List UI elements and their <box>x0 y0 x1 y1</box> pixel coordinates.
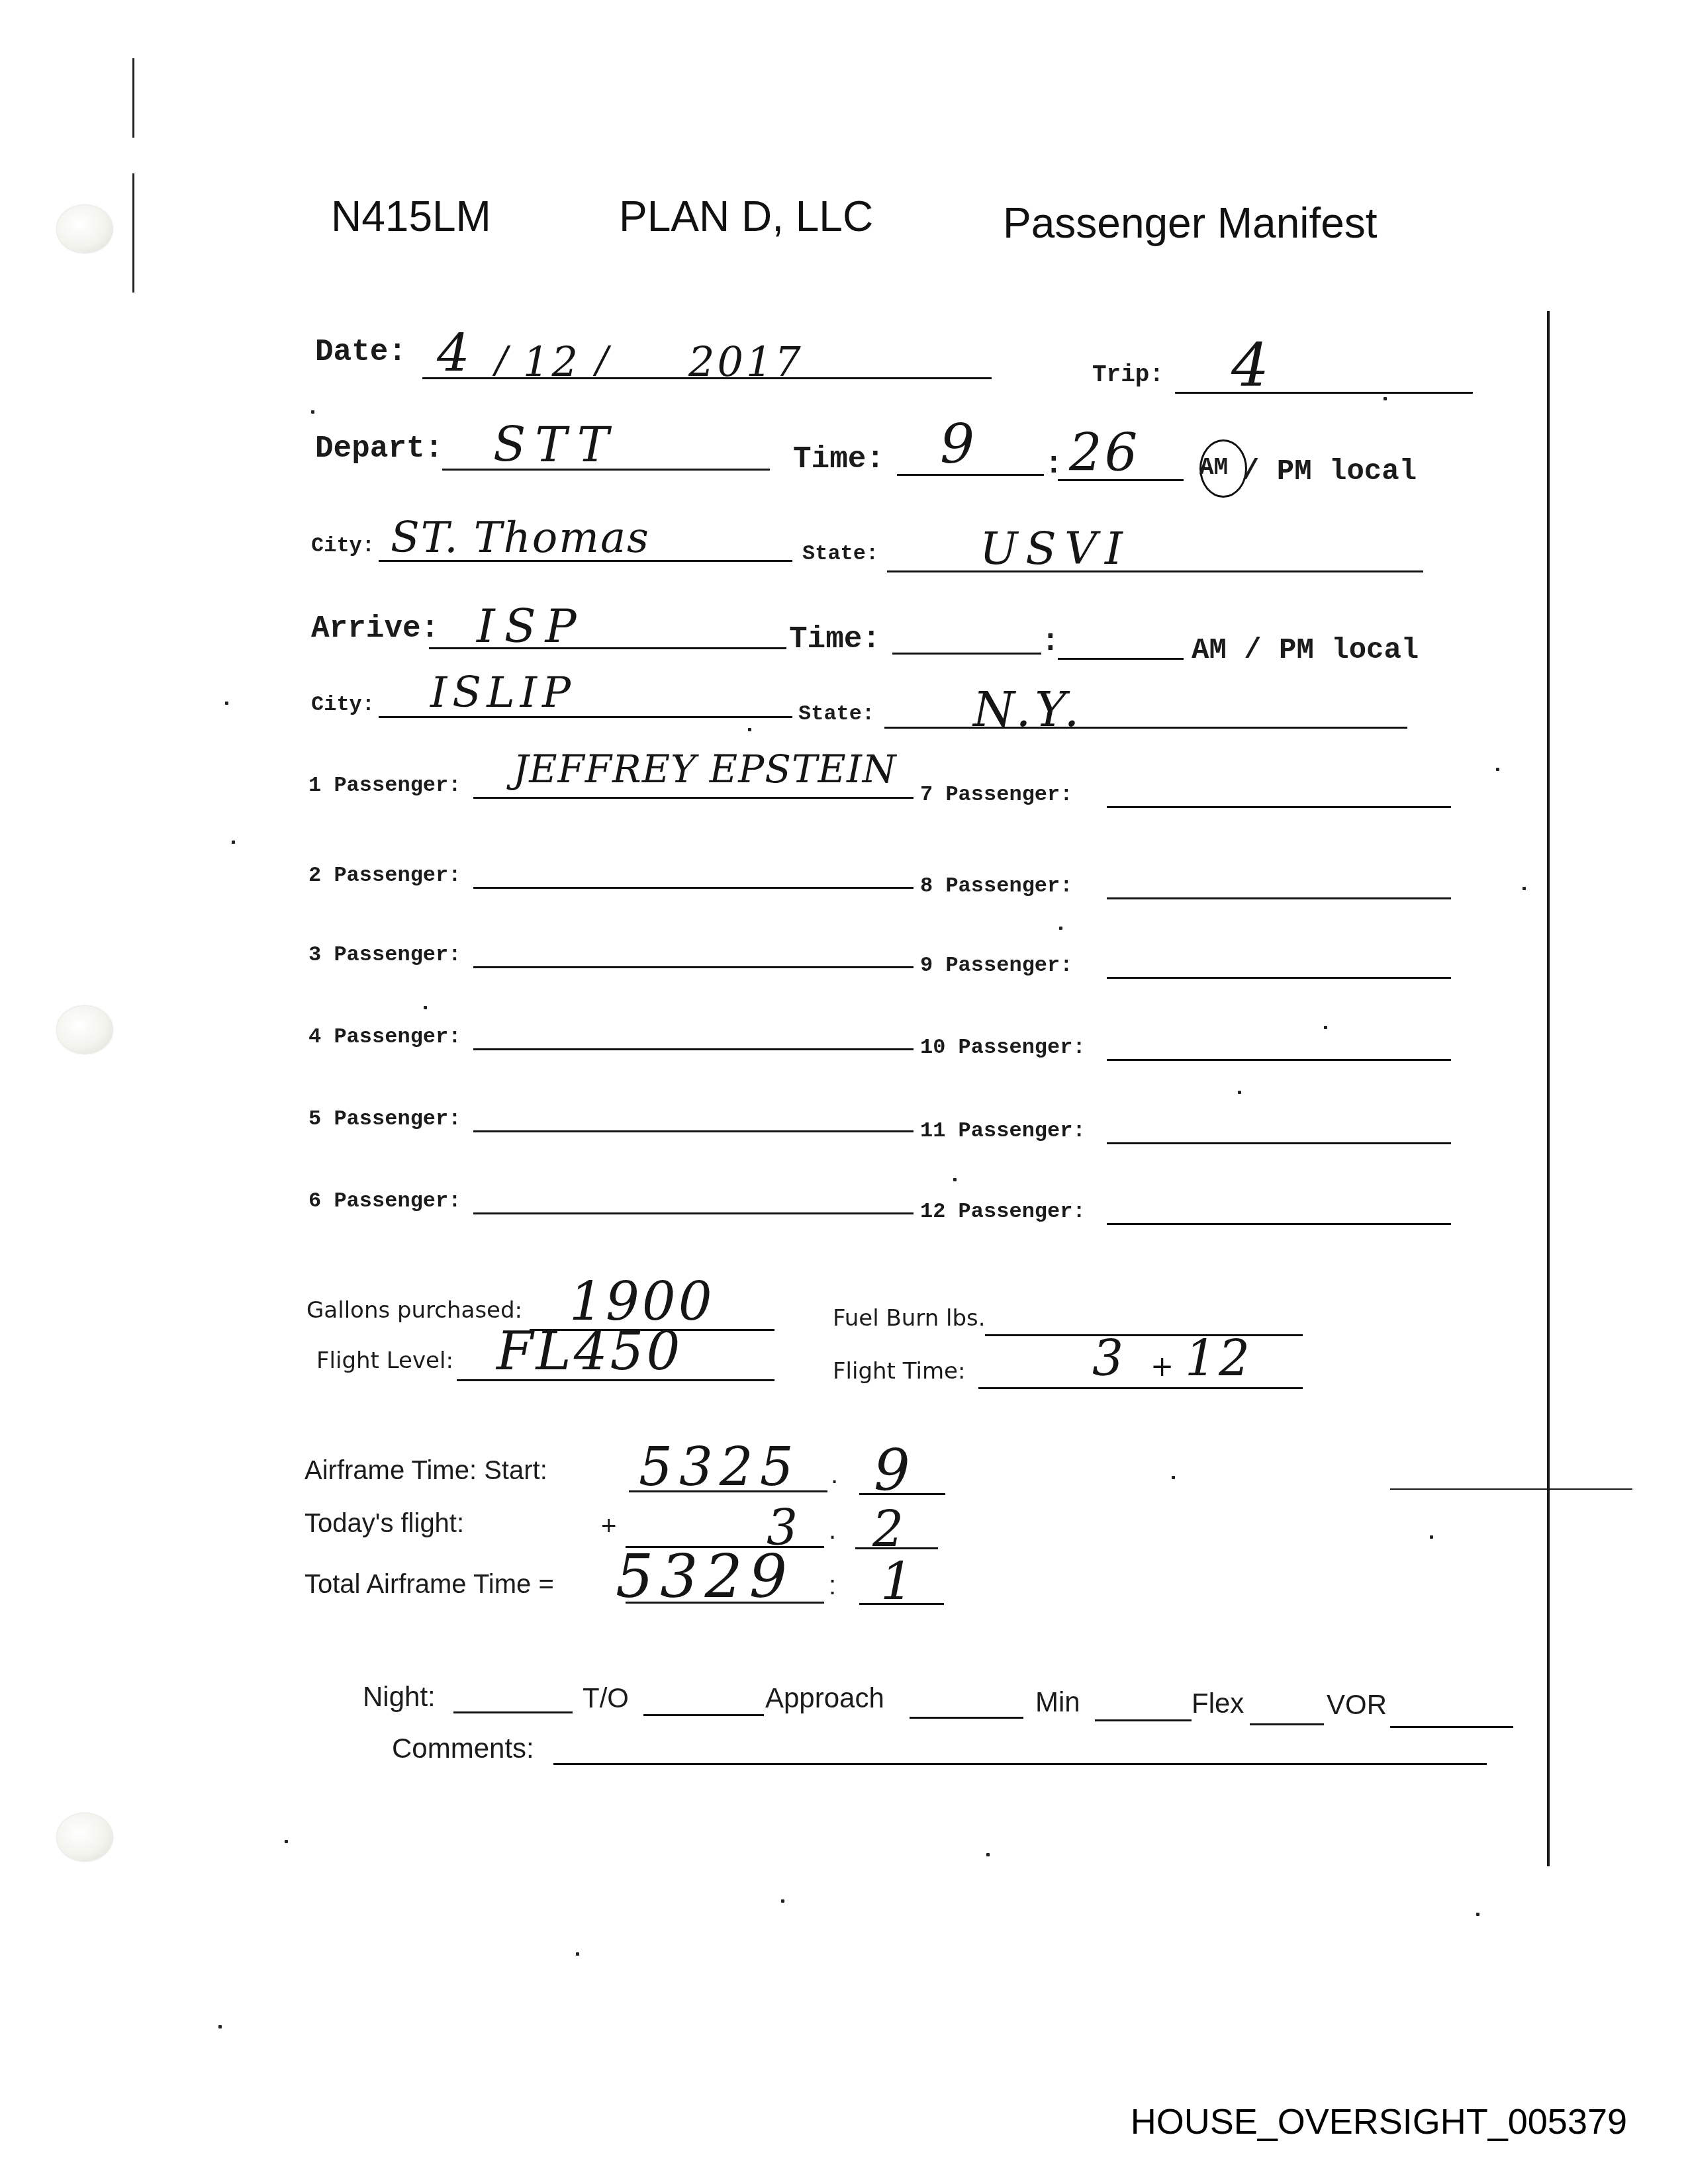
arrive-code-value: ISP <box>477 599 586 653</box>
arrive-time-label: Time: <box>789 622 880 657</box>
depart-time-label: Time: <box>793 442 884 477</box>
flex-field[interactable] <box>1250 1723 1324 1725</box>
passenger-label: 10 Passenger: <box>920 1035 1086 1060</box>
night-label: Night: <box>363 1681 436 1713</box>
depart-am-label: AM <box>1199 454 1228 481</box>
airframe-start-label: Airframe Time: Start: <box>305 1456 547 1486</box>
scan-speck <box>1383 397 1387 400</box>
arrive-label: Arrive: <box>311 612 439 646</box>
decimal-point: . <box>829 1516 836 1545</box>
airframe-start-whole-value: 5325 <box>639 1436 800 1498</box>
depart-minute-value: 26 <box>1069 424 1140 483</box>
vor-field[interactable] <box>1390 1726 1513 1728</box>
flight-level-label: Flight Level: <box>316 1347 453 1374</box>
punch-hole-bottom <box>57 1813 113 1861</box>
passenger-name-field[interactable] <box>1107 1223 1451 1225</box>
night-field[interactable] <box>453 1711 573 1713</box>
depart-city-label: City: <box>311 533 375 558</box>
right-margin-crossrule <box>1390 1488 1632 1490</box>
scan-speck <box>1430 1535 1433 1539</box>
scan-speck <box>232 841 235 844</box>
arrive-city-value: ISLIP <box>430 668 576 717</box>
flight-time-hours-value: 3 <box>1092 1330 1126 1387</box>
flex-label: Flex <box>1192 1688 1244 1719</box>
arrive-state-field[interactable] <box>884 727 1407 729</box>
passenger-name-field[interactable] <box>473 1130 914 1132</box>
depart-city-value: ST. Thomas <box>391 514 650 563</box>
flight-level-value: FL450 <box>496 1320 682 1382</box>
flight-time-label: Flight Time: <box>833 1358 965 1385</box>
passenger-name-field[interactable] <box>1107 1142 1451 1144</box>
date-year-value: 2017 <box>688 338 804 386</box>
approach-label: Approach <box>765 1682 884 1714</box>
comments-field[interactable] <box>553 1763 1487 1765</box>
scan-speck <box>1523 887 1526 890</box>
scan-speck <box>424 1006 427 1009</box>
passenger-label: 1 Passenger: <box>308 773 461 797</box>
passenger-name-field[interactable] <box>473 1048 914 1050</box>
time-colon: : <box>1045 447 1063 482</box>
scan-speck <box>953 1178 957 1181</box>
plus-sign: + <box>601 1512 616 1541</box>
trip-value: 4 <box>1231 331 1272 400</box>
time-colon: : <box>1041 625 1060 659</box>
date-month-value: 4 <box>437 324 473 384</box>
arrive-city-label: City: <box>311 692 375 717</box>
approach-field[interactable] <box>910 1717 1023 1719</box>
scan-speck <box>1059 927 1062 930</box>
flight-time-minutes-value: 12 <box>1185 1330 1252 1387</box>
punch-hole-top <box>57 205 113 253</box>
to-field[interactable] <box>643 1714 764 1716</box>
airframe-start-tenth-value: 9 <box>874 1437 913 1504</box>
date-separator: / <box>596 339 611 382</box>
passenger-label: 2 Passenger: <box>308 863 461 887</box>
todays-flight-tenth-value: 2 <box>872 1501 906 1558</box>
arrive-hour-field[interactable] <box>892 653 1041 655</box>
todays-flight-label: Today's flight: <box>305 1509 464 1539</box>
passenger-name-field[interactable] <box>1107 1059 1451 1061</box>
right-margin-rule <box>1547 311 1550 1866</box>
date-day-value: 12 <box>523 338 581 386</box>
total-airframe-whole-value: 5329 <box>616 1542 794 1612</box>
scan-speck <box>576 1952 579 1956</box>
passenger-name-field[interactable] <box>1107 977 1451 979</box>
scan-speck <box>748 728 751 731</box>
passenger-name-field[interactable] <box>1107 806 1451 808</box>
scan-speck <box>1324 1026 1327 1029</box>
passenger-name-field[interactable] <box>1107 897 1451 899</box>
arrive-state-value: N.Y. <box>973 682 1083 737</box>
date-label: Date: <box>315 335 406 369</box>
decimal-point: . <box>831 1460 838 1490</box>
decimal-point: : <box>829 1571 836 1601</box>
scan-speck <box>1496 768 1499 771</box>
fuel-burn-label: Fuel Burn lbs. <box>833 1305 986 1332</box>
bates-number: HOUSE_OVERSIGHT_005379 <box>1131 2101 1627 2142</box>
passenger-label: 6 Passenger: <box>308 1189 461 1213</box>
passenger-name-value: JEFFREY EPSTEIN <box>513 747 897 792</box>
passenger-label: 11 Passenger: <box>920 1118 1086 1143</box>
scan-speck <box>1476 1913 1479 1916</box>
depart-state-value: USVI <box>980 523 1131 575</box>
scan-speck <box>218 2025 222 2028</box>
passenger-label: 4 Passenger: <box>308 1024 461 1049</box>
passenger-label: 9 Passenger: <box>920 953 1072 978</box>
scan-speck <box>986 1853 990 1856</box>
passenger-name-field[interactable] <box>473 1212 914 1214</box>
to-label: T/O <box>583 1682 629 1714</box>
form-title: Passenger Manifest <box>1003 199 1378 248</box>
punch-hole-middle <box>57 1006 113 1054</box>
arrive-am-pm-local-label: AM / PM local <box>1192 634 1419 667</box>
passenger-name-field[interactable] <box>473 966 914 968</box>
scan-speck <box>285 1840 288 1843</box>
scan-speck <box>1238 1091 1241 1094</box>
arrive-minute-field[interactable] <box>1058 658 1184 660</box>
depart-state-field[interactable] <box>887 570 1423 572</box>
trip-label: Trip: <box>1092 361 1164 388</box>
passenger-label: 12 Passenger: <box>920 1199 1086 1224</box>
vor-label: VOR <box>1327 1689 1387 1721</box>
passenger-label: 8 Passenger: <box>920 874 1072 898</box>
depart-hour-value: 9 <box>940 414 977 477</box>
gallons-purchased-label: Gallons purchased: <box>306 1297 522 1324</box>
date-separator: / <box>495 339 510 382</box>
depart-pm-local-label: / PM local <box>1242 455 1417 488</box>
scan-speck <box>781 1899 784 1903</box>
depart-state-label: State: <box>802 541 878 566</box>
scan-speck <box>311 410 314 414</box>
binder-edge-mark <box>132 173 134 293</box>
total-airframe-tenth-value: 1 <box>880 1553 916 1612</box>
min-label: Min <box>1035 1686 1080 1718</box>
flight-time-separator: + <box>1150 1350 1176 1383</box>
scan-speck <box>1172 1476 1175 1479</box>
fuel-burn-field[interactable] <box>985 1334 1303 1336</box>
depart-code-value: STT <box>493 417 618 473</box>
passenger-label: 7 Passenger: <box>920 782 1072 807</box>
company-name: PLAN D, LLC <box>619 192 873 241</box>
passenger-name-field[interactable] <box>473 797 914 799</box>
passenger-label: 3 Passenger: <box>308 942 461 967</box>
tail-number: N415LM <box>331 192 491 241</box>
comments-label: Comments: <box>392 1733 534 1764</box>
scan-speck <box>225 702 228 705</box>
trip-field[interactable] <box>1175 392 1473 394</box>
passenger-name-field[interactable] <box>473 887 914 889</box>
arrive-state-label: State: <box>798 702 874 726</box>
flight-time-field[interactable] <box>978 1387 1303 1389</box>
passenger-label: 5 Passenger: <box>308 1107 461 1131</box>
binder-edge-mark <box>132 58 134 138</box>
min-field[interactable] <box>1095 1719 1192 1721</box>
depart-label: Depart: <box>315 432 443 466</box>
total-airframe-label: Total Airframe Time = <box>305 1570 554 1600</box>
